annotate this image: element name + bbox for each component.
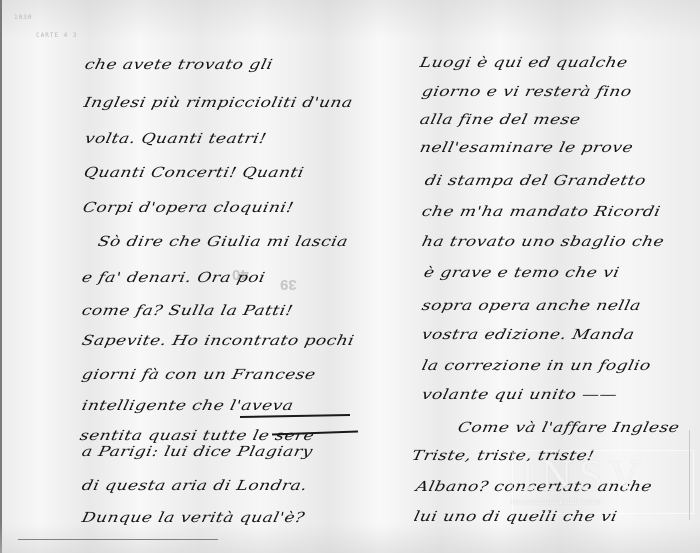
archive-reference: CARTE 4 3 [36,32,78,39]
handwritten-line: volta. Quanti teatri! [83,131,268,147]
watermark-caption: Istituto Nazionale di Studi Verdiani [510,500,601,506]
handwritten-line: Sò dire che Giulia mi lascia [96,234,349,250]
handwritten-line: volante qui unito —— [420,387,619,403]
watermark-logo: INSV [520,450,647,501]
stamp-number-2: 39 [280,276,297,293]
handwritten-line: e fa' denari. Ora poi [80,270,267,286]
handwritten-line: giorni fà con un Francese [80,367,317,383]
handwritten-line: vostra edizione. Manda [420,327,636,343]
handwritten-line: la correzione in un foglio [420,358,652,374]
handwritten-line: Sapevite. Ho incontrato pochi [80,333,356,349]
handwritten-line: che avete trovato gli [83,57,274,73]
handwritten-line: come fa? Sulla la Patti! [80,303,295,319]
handwritten-line: Inglesi più rimpiccioliti d'una [82,95,354,111]
underline-stroke [240,414,350,417]
handwritten-line: nell'esaminare le prove [418,140,635,156]
handwritten-line: sentita quasi tutte le sere [78,428,316,444]
handwritten-line: che m'ha mandato Ricordi [420,204,662,220]
letter-scan: 1030 CARTE 4 3 40 39 che avete trovato g… [0,0,700,553]
handwritten-line: Come và l'affare Inglese [456,420,681,436]
handwritten-line: Luogi è qui ed qualche [418,55,629,71]
handwritten-line: di stampa del Grandetto [423,173,647,189]
scan-edge [0,0,2,553]
handwritten-line: Dunque la verità qual'è? [80,510,306,526]
archive-number: 1030 [14,14,32,21]
handwritten-line: alla fine del mese [418,112,582,128]
handwritten-line: Quanti Concerti! Quanti [82,165,305,181]
handwritten-line: Corpi d'opera cloquini! [81,200,295,216]
handwritten-line: intelligente che l'aveva [80,398,295,414]
handwritten-line: è grave e temo che vi [422,265,621,281]
handwritten-line: ha trovato uno sbaglio che [420,234,666,250]
page-edge-line [18,539,218,540]
handwritten-line: di questa aria di Londra. [80,478,309,494]
handwritten-line: sopra opera anche nella [420,298,642,314]
page-edge-line [689,430,690,520]
handwritten-line: giorno e vi resterà fino [420,84,633,100]
handwritten-line: a Parigi: lui dice Plagiary [80,444,314,460]
